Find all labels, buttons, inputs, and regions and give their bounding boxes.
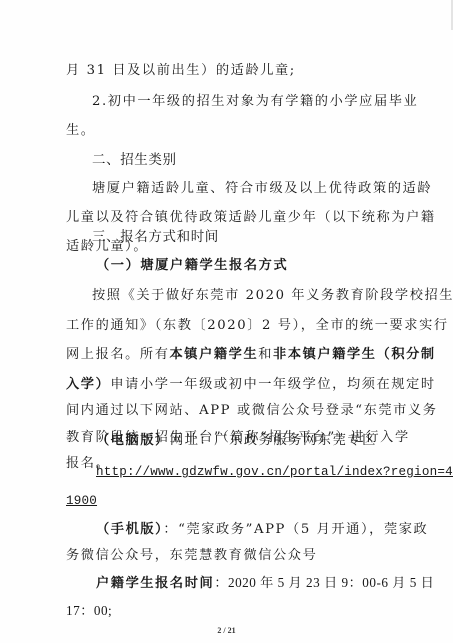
page-number: 2 / 21 [0, 626, 453, 635]
pc-version-label: （电脑版） [96, 433, 170, 448]
text-line: 工作的通知》（东教〔2020〕2 号），全市的统一要求实行 [66, 318, 449, 334]
mobile-version-label: （手机版） [96, 522, 163, 537]
text-line: 按照《关于做好东莞市 2020 年义务教育阶段学校招生 [92, 288, 453, 304]
section-heading-3-text: 三、报名方式和时间 [92, 229, 219, 245]
text-line: 生。 [66, 123, 96, 139]
registration-time-line: 户籍学生报名时间：2020 年 5 月 23 日 9：00-6 月 5 日 [96, 575, 434, 592]
text-line: 间内通过以下网站、APP 或微信公众号登录“东莞市义务 [66, 403, 438, 419]
text-line: 儿童以及符合镇优待政策适龄儿童少年（以下统称为户籍 [66, 210, 436, 226]
registration-time-label: 户籍学生报名时间 [96, 576, 214, 591]
text-line: 务微信公众号，东莞慧教育微信公众号 [66, 548, 317, 564]
text-line: 17：00; [66, 603, 112, 619]
subsection-heading: （一）塘厦户籍学生报名方式 [96, 258, 288, 274]
text-line: 网上报名。所有本镇户籍学生和非本镇户籍学生（积分制 [66, 347, 436, 363]
pc-url-link-cont[interactable]: 1900 [66, 493, 97, 509]
bold-nonlocal-students: 非本镇户籍学生（积分制 [273, 347, 436, 362]
text-line: 入学）申请小学一年级或初中一年级学位，均须在规定时 [66, 377, 436, 393]
text-line: 塘厦户籍适龄儿童、符合市级及以上优待政策的适龄 [92, 181, 432, 197]
section-heading-2: 二、招生类别 [92, 152, 177, 168]
document-page: 月 31 日及以前出生）的适龄儿童; 2.初中一年级的招生对象为有学籍的小学应届… [0, 0, 453, 643]
pc-version-line: （电脑版）网址：广东政务服务网东莞专区 [96, 433, 377, 449]
bold-local-students: 本镇户籍学生 [170, 347, 259, 362]
pc-url-link[interactable]: http://www.gdzwfw.gov.cn/portal/index?re… [96, 464, 453, 480]
text-line: 月 31 日及以前出生）的适龄儿童; [66, 63, 296, 79]
mobile-version-line: （手机版）：“莞家政务”APP（5 月开通），莞家政 [96, 522, 428, 538]
text-line: 2.初中一年级的招生对象为有学籍的小学应届毕业 [92, 94, 418, 110]
